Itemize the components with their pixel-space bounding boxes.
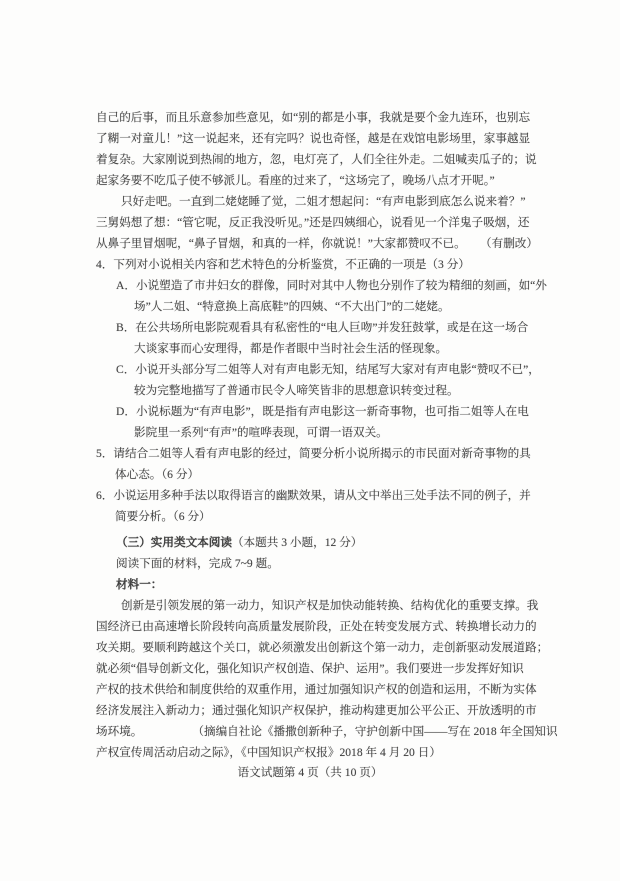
exam-page-scan: 自己的后事，而且乐意参加些意见，如“别的都是小事，我就是要个金九连环，也别忘了糊… [0,0,620,881]
question-4-option-c-line1: C．小说开头部分写二姐等人对有声电影无知，结尾写大家对有声电影“赞叹不已”， [96,359,538,380]
text-run: 三舅妈想了想：“管它呢，反正我没听见。”还是四姨细心，说看见一个洋鬼子吸烟，还 [96,212,529,233]
text-run: 从鼻子里冒烟呢，“鼻子冒烟，和真的一样，你就说！”大家都赞叹不已。 [96,233,466,254]
question-4-option-d-line2: 影院里一系列“有声”的喧哗表现，可谓一语双关。 [96,422,538,443]
section-title: （三）实用类文本阅读 [116,532,232,553]
passage-para2-line1: 只好走吧。一直到二姥姥睡了觉，二姐才想起问：“有声电影到底怎么说来着？” [96,191,538,212]
text-run: 体心态。（6 分） [115,464,199,485]
material-1-line2: 国经济已由高速增长阶段转向高质量发展阶段，正处在转变发展方式、转换增长动力的 [96,616,538,637]
passage-para1-line2: 了糊一对童儿！”这一说起来，还有完吗？说也奇怪，越是在戏馆电影场里，家事越显 [96,128,538,149]
material-1-label: 材料一： [96,574,538,595]
text-run: 着复杂。大家刚说到热闹的地方，忽，电灯亮了，人们全往外走。二姐喊卖瓜子的；说 [96,149,537,170]
citation-start: （摘编自社论《播撒创新种子，守护创新中国——写在 2018 年全国知识 [192,721,557,742]
text-run: A．小说塑造了市井妇女的群像，同时对其中人物也分别作了较为精细的刻画，如“外 [116,275,547,296]
question-5-line1: 5．请结合二姐等人看有声电影的经过，简要分析小说所揭示的市民面对新奇事物的具 [96,443,538,464]
text-run: 6．小说运用多种手法以取得语言的幽默效果，请从文中举出三处手法不同的例子，并 [96,485,531,506]
text-run: 创新是引领发展的第一动力，知识产权是加快动能转换、结构优化的重要支撑。我 [121,595,538,616]
question-5-line2: 体心态。（6 分） [96,464,538,485]
passage-para1-line1: 自己的后事，而且乐意参加些意见，如“别的都是小事，我就是要个金九连环，也别忘 [96,107,538,128]
text-run: 较为完整地描写了普通市民令人啼笑皆非的思想意识转变过程。 [134,380,459,401]
text-run: 攻关期。要顺利跨越这个关口，就必须激发出创新这个第一动力，走创新驱动发展道路； [96,637,548,658]
text-run: D．小说标题为“有声电影”，既是指有声电影这一新奇事物，也可指二姐等人在电 [116,401,529,422]
edit-note: （有删改） [480,233,538,254]
question-6-line2: 简要分析。（6 分） [96,506,538,527]
question-4-option-b-line1: B．在公共场所电影院观看具有私密性的“电人巨吻”并发狂鼓掌，或是在这一场合 [96,317,538,338]
question-4-option-a-line1: A．小说塑造了市井妇女的群像，同时对其中人物也分别作了较为精细的刻画，如“外 [96,275,538,296]
text-run: 4．下列对小说相关内容和艺术特色的分析鉴赏，不正确的一项是（3 分） [96,254,470,275]
text-run: B．在公共场所电影院观看具有私密性的“电人巨吻”并发狂鼓掌，或是在这一场合 [116,317,528,338]
passage-para1-line3: 着复杂。大家刚说到热闹的地方，忽，电灯亮了，人们全往外走。二姐喊卖瓜子的；说 [96,149,538,170]
document-body: 自己的后事，而且乐意参加些意见，如“别的都是小事，我就是要个金九连环，也别忘了糊… [96,107,538,763]
question-4-stem: 4．下列对小说相关内容和艺术特色的分析鉴赏，不正确的一项是（3 分） [96,254,538,275]
material-1-line5: 产权的技术供给和制度供给的双重作用，通过加强知识产权的创造和运用，不断为实体 [96,679,538,700]
text-run: 场”人二姐、“特意换上高底鞋”的四姨、“不大出门”的二姥姥。 [134,296,450,317]
material-1-line1: 创新是引领发展的第一动力，知识产权是加快动能转换、结构优化的重要支撑。我 [96,595,538,616]
section-3-heading: （三）实用类文本阅读（本题共 3 小题，12 分） [96,532,538,553]
citation-end: 产权宣传周活动启动之际》，《中国知识产权报》2018 年 4 月 20 日） [96,742,441,763]
section-score: （本题共 3 小题，12 分） [232,532,362,553]
material-1-citation-line2: 产权宣传周活动启动之际》，《中国知识产权报》2018 年 4 月 20 日） [96,742,538,763]
passage-para1-line4: 起家务要不吃瓜子使不够派儿。看座的过来了，“这场完了，晚场八点才开呢。” [96,170,538,191]
material-1-line3: 攻关期。要顺利跨越这个关口，就必须激发出创新这个第一动力，走创新驱动发展道路； [96,637,538,658]
text-run: 大谈家事而心安理得，都是作者眼中当时社会生活的怪现象。 [134,338,447,359]
text-run: 就必须“倡导创新文化，强化知识产权创造、保护、运用”。我们要进一步发挥好知识 [96,658,524,679]
text-run: 影院里一系列“有声”的喧哗表现，可谓一语双关。 [134,422,388,443]
text-run: 了糊一对童儿！”这一说起来，还有完吗？说也奇怪，越是在戏馆电影场里，家事越显 [96,128,530,149]
text-run: 自己的后事，而且乐意参加些意见，如“别的都是小事，我就是要个金九连环，也别忘 [96,107,530,128]
text-run: C．小说开头部分写二姐等人对有声电影无知，结尾写大家对有声电影“赞叹不已”， [116,359,540,380]
text-run: 场环境。 [96,721,142,742]
question-4-option-a-line2: 场”人二姐、“特意换上高底鞋”的四姨、“不大出门”的二姥姥。 [96,296,538,317]
material-1-line4: 就必须“倡导创新文化，强化知识产权创造、保护、运用”。我们要进一步发挥好知识 [96,658,538,679]
text-run: 简要分析。（6 分） [115,506,211,527]
text-run: 产权的技术供给和制度供给的双重作用，通过加强知识产权的创造和运用，不断为实体 [96,679,537,700]
text-run: 起家务要不吃瓜子使不够派儿。看座的过来了，“这场完了，晚场八点才开呢。” [96,170,495,191]
passage-para2-line2: 三舅妈想了想：“管它呢，反正我没听见。”还是四姨细心，说看见一个洋鬼子吸烟，还 [96,212,538,233]
reading-instruction: 阅读下面的材料，完成 7~9 题。 [96,553,538,574]
page-footer: 语文试题第 4 页（共 10 页） [0,762,620,783]
material-1-citation-line1: 场环境。（摘编自社论《播撒创新种子，守护创新中国——写在 2018 年全国知识 [96,721,538,742]
text-run: 经济发展注入新动力；通过强化知识产权保护，推动构建更加公平公正、开放透明的市 [96,700,537,721]
material-1-line6: 经济发展注入新动力；通过强化知识产权保护，推动构建更加公平公正、开放透明的市 [96,700,538,721]
text-run: 国经济已由高速增长阶段转向高质量发展阶段，正处在转变发展方式、转换增长动力的 [96,616,537,637]
question-4-option-b-line2: 大谈家事而心安理得，都是作者眼中当时社会生活的怪现象。 [96,338,538,359]
question-4-option-c-line2: 较为完整地描写了普通市民令人啼笑皆非的思想意识转变过程。 [96,380,538,401]
passage-para2-line3: 从鼻子里冒烟呢，“鼻子冒烟，和真的一样，你就说！”大家都赞叹不已。（有删改） [96,233,538,254]
text-run: 材料一： [116,574,162,595]
text-run: 5．请结合二姐等人看有声电影的经过，简要分析小说所揭示的市民面对新奇事物的具 [96,443,531,464]
question-6-line1: 6．小说运用多种手法以取得语言的幽默效果，请从文中举出三处手法不同的例子，并 [96,485,538,506]
question-4-option-d-line1: D．小说标题为“有声电影”，既是指有声电影这一新奇事物，也可指二姐等人在电 [96,401,538,422]
text-run: 只好走吧。一直到二姥姥睡了觉，二姐才想起问：“有声电影到底怎么说来着？” [121,191,525,212]
text-run: 阅读下面的材料，完成 7~9 题。 [116,553,279,574]
